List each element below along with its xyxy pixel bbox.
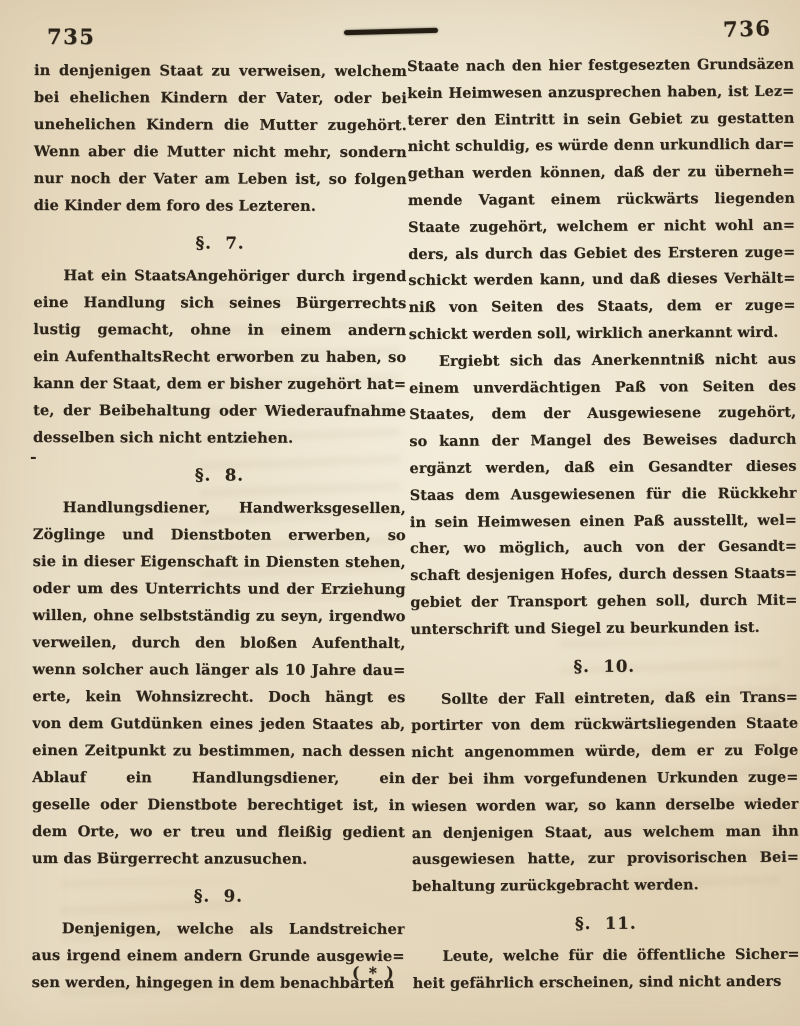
text-line: Staate nach den hier festgesezten Grunds… — [407, 52, 794, 81]
text-line: der bei ihm vorgefundenen Urkunden zuge= — [411, 765, 798, 794]
text-line: um das Bürgerrecht anzusuchen. — [32, 845, 405, 873]
text-line: schickt werden soll, wirklich anerkannt … — [409, 320, 796, 349]
scanned-book-page: 735 736 - in denjenigen Staat zu verweis… — [0, 0, 800, 1026]
text-line: einem unverdächtigen Paß von Seiten des — [409, 373, 796, 402]
text-line: an denjenigen Staat, aus welchem man ihn — [412, 818, 799, 847]
text-line: erte, kein Wohnsizrecht. Doch hängt es — [32, 683, 405, 711]
text-line: sie in dieser Eigenschaft in Diensten st… — [33, 548, 406, 576]
text-line: in sein Heimwesen einen Paß ausstellt, w… — [410, 507, 797, 536]
section-heading: §. 9. — [32, 882, 405, 910]
text-line: eine Handlung sich seines Bürgerrechts v… — [33, 289, 406, 317]
text-line: behaltung zurückgebracht werden. — [412, 872, 799, 901]
page-number-right: 736 — [723, 15, 772, 42]
text-line: Hat ein StaatsAngehöriger durch irgend — [33, 262, 406, 290]
text-line: gebiet der Transport gehen soll, durch M… — [410, 588, 797, 617]
section-heading: §. 11. — [412, 909, 799, 938]
right-column: Staate nach den hier festgesezten Grunds… — [407, 52, 800, 998]
text-line: unehelichen Kindern die Mutter zugehört. — [34, 111, 407, 139]
section-heading: §. 10. — [411, 651, 798, 680]
text-line: Sollte der Fall eintreten, daß ein Trans… — [411, 684, 798, 713]
signature-mark: ( * ) — [352, 963, 396, 982]
text-line: oder um des Unterrichts und der Erziehun… — [33, 575, 406, 603]
text-line: Staate zugehört, welchem er nicht wohl a… — [408, 212, 795, 241]
text-line: Denjenigen, welche als Landstreicher ode… — [32, 915, 405, 943]
text-line: ausgewiesen hatte, zur provisorischen Be… — [412, 845, 799, 874]
left-column: in denjenigen Staat zu verweisen, welche… — [32, 57, 407, 997]
text-line: die Kinder dem foro des Lezteren. — [34, 192, 407, 220]
text-line: dem Orte, wo er treu und fleißig gedient… — [32, 818, 405, 846]
text-line: willen, ohne selbstständig zu seyn, irge… — [33, 602, 406, 630]
text-line: einen Zeitpunkt zu bestimmen, nach desse… — [32, 737, 405, 765]
text-line: mende Vagant einem rückwärts liegenden — [408, 186, 795, 215]
text-line: cher, wo möglich, auch von der Gesandt= — [410, 534, 797, 563]
text-line: aus irgend einem andern Grunde ausgewie= — [32, 942, 405, 970]
text-line: kein Heimwesen anzusprechen haben, ist L… — [407, 78, 794, 107]
text-line: unterschrift und Siegel zu beurkunden is… — [410, 614, 797, 643]
text-line: Staas dem Ausgewiesenen für die Rückkehr — [410, 480, 797, 509]
text-line: sen werden, hingegen in dem benachbarten — [32, 969, 405, 997]
text-line: geselle oder Dienstbote berechtiget ist,… — [32, 791, 405, 819]
text-line: portirter von dem rückwärtsliegenden Sta… — [411, 711, 798, 740]
text-line: Ergiebt sich das Anerkenntniß nicht aus — [409, 346, 796, 375]
text-line: wiesen worden war, so kann derselbe wied… — [412, 791, 799, 820]
text-line: nur noch der Vater am Leben ist, so folg… — [34, 165, 407, 193]
text-line: Handlungsdiener, Handwerksgesellen, — [33, 494, 406, 522]
text-line: Wenn aber die Mutter nicht mehr, sondern — [34, 138, 407, 166]
text-line: kann der Staat, dem er bisher zugehört h… — [33, 370, 406, 398]
text-line: von dem Gutdünken eines jeden Staates ab… — [32, 710, 405, 738]
section-heading: §. 8. — [33, 461, 406, 489]
text-line: lustig gemacht, ohne in einem andern Sta… — [33, 316, 406, 344]
text-line: in denjenigen Staat zu verweisen, welche… — [34, 57, 407, 85]
text-line: schaft desjenigen Hofes, durch dessen St… — [410, 561, 797, 590]
text-line: ein AufenthaltsRecht erworben zu haben, … — [33, 343, 406, 371]
text-line: gethan werden können, daß der zu überneh… — [408, 159, 795, 188]
header-divider-rule — [344, 28, 438, 35]
text-line: Zöglinge und Dienstboten erwerben, so la… — [33, 521, 406, 549]
text-line: Ablauf ein Handlungsdiener, ein Handwerk… — [32, 764, 405, 792]
section-heading: §. 7. — [33, 229, 406, 257]
text-line: Leute, welche für die öffentliche Sicher… — [412, 942, 799, 971]
text-line: nicht schuldig, es würde denn urkundlich… — [407, 132, 794, 161]
text-line: ders, als durch das Gebiet des Ersteren … — [408, 239, 795, 268]
text-line: terer den Eintritt in sein Gebiet zu ges… — [407, 105, 794, 134]
text-line: niß von Seiten des Staats, dem er zuge= — [408, 293, 795, 322]
text-line: Staates, dem der Ausgewiesene zugehört, — [409, 400, 796, 429]
text-line: schickt werden kann, und daß dieses Verh… — [408, 266, 795, 295]
text-line: desselben sich nicht entziehen. — [33, 424, 406, 452]
page-number-left: 735 — [47, 24, 95, 49]
text-line: ergänzt werden, daß ein Gesandter dieses — [409, 454, 796, 483]
text-line: verweilen, durch den bloßen Aufenthalt, — [32, 629, 405, 657]
text-line: bei ehelichen Kindern der Vater, oder be… — [34, 84, 407, 112]
text-line: te, der Beibehaltung oder Wiederaufnahme — [33, 397, 406, 425]
text-line: heit gefährlich erscheinen, sind nicht a… — [413, 968, 800, 997]
text-line: nicht angenommen würde, dem er zu Folge — [411, 738, 798, 767]
text-line: so kann der Mangel des Beweises dadurch — [409, 427, 796, 456]
text-line: wenn solcher auch länger als 10 Jahre da… — [32, 656, 405, 684]
